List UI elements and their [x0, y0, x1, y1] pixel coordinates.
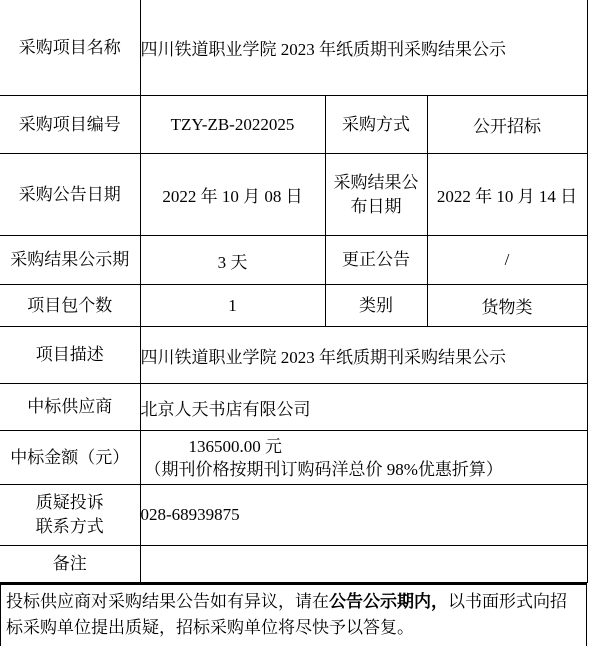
value-correction-notice: / — [427, 236, 587, 285]
label-award-amount: 中标金额（元） — [0, 431, 140, 485]
label-publicity-period: 采购结果公示期 — [0, 236, 140, 285]
value-project-number: TZY-ZB-2022025 — [140, 96, 325, 154]
award-amount: 136500.00 元 — [141, 435, 587, 458]
table-row: 采购公告日期 2022 年 10 月 08 日 采购结果公 布日期 2022 年… — [0, 154, 587, 236]
value-procurement-method: 公开招标 — [427, 96, 587, 154]
procurement-result-table: 采购项目名称 四川铁道职业学院 2023 年纸质期刊采购结果公示 采购项目编号 … — [0, 0, 588, 583]
table-row: 质疑投诉 联系方式 028-68939875 — [0, 485, 587, 546]
value-award-amount-cell: 136500.00 元 （期刊价格按期刊订购码洋总价 98%优惠折算） — [140, 431, 587, 485]
label-winning-supplier: 中标供应商 — [0, 384, 140, 431]
table-row: 项目描述 四川铁道职业学院 2023 年纸质期刊采购结果公示 — [0, 327, 587, 384]
table-row: 备注 — [0, 546, 587, 583]
value-publicity-period: 3 天 — [140, 236, 325, 285]
value-winning-supplier: 北京人天书店有限公司 — [140, 384, 587, 431]
label-correction-notice: 更正公告 — [325, 236, 427, 285]
table-row: 项目包个数 1 类别 货物类 — [0, 285, 587, 327]
value-remarks — [140, 546, 587, 583]
label-result-publish-date: 采购结果公 布日期 — [325, 154, 427, 236]
table-row: 采购项目编号 TZY-ZB-2022025 采购方式 公开招标 — [0, 96, 587, 154]
table-row: 采购结果公示期 3 天 更正公告 / — [0, 236, 587, 285]
value-category: 货物类 — [427, 285, 587, 327]
value-complaint-contact: 028-68939875 — [140, 485, 587, 546]
value-package-count: 1 — [140, 285, 325, 327]
label-complaint-contact: 质疑投诉 联系方式 — [0, 485, 140, 546]
value-project-description: 四川铁道职业学院 2023 年纸质期刊采购结果公示 — [140, 327, 587, 384]
label-category: 类别 — [325, 285, 427, 327]
footer-note: 投标供应商对采购结果公告如有异议，请在公告公示期内，以书面形式向招标采购单位提出… — [0, 583, 587, 646]
footer-note-text-before: 投标供应商对采购结果公告如有异议，请在 — [6, 592, 329, 611]
label-project-name: 采购项目名称 — [0, 0, 140, 96]
label-announcement-date: 采购公告日期 — [0, 154, 140, 236]
table-row: 中标金额（元） 136500.00 元 （期刊价格按期刊订购码洋总价 98%优惠… — [0, 431, 587, 485]
table-row: 采购项目名称 四川铁道职业学院 2023 年纸质期刊采购结果公示 — [0, 0, 587, 96]
value-announcement-date: 2022 年 10 月 08 日 — [140, 154, 325, 236]
value-project-name: 四川铁道职业学院 2023 年纸质期刊采购结果公示 — [140, 0, 587, 96]
label-package-count: 项目包个数 — [0, 285, 140, 327]
value-result-publish-date: 2022 年 10 月 14 日 — [427, 154, 587, 236]
award-amount-note: （期刊价格按期刊订购码洋总价 98%优惠折算） — [141, 458, 587, 481]
label-remarks: 备注 — [0, 546, 140, 583]
label-project-number: 采购项目编号 — [0, 96, 140, 154]
footer-note-bold-text: 公告公示期内， — [329, 592, 448, 611]
table-row: 中标供应商 北京人天书店有限公司 — [0, 384, 587, 431]
procurement-result-announcement: 采购项目名称 四川铁道职业学院 2023 年纸质期刊采购结果公示 采购项目编号 … — [0, 0, 590, 646]
label-procurement-method: 采购方式 — [325, 96, 427, 154]
label-project-description: 项目描述 — [0, 327, 140, 384]
